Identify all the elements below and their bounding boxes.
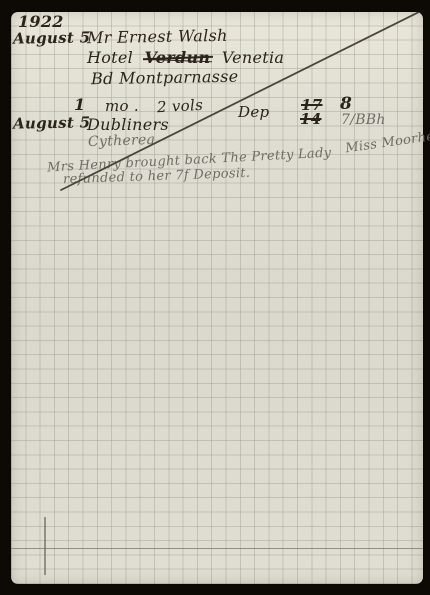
hotel-word: Hotel bbox=[87, 48, 133, 67]
borrower-name: Mr Ernest Walsh bbox=[87, 28, 228, 46]
loan-volumes: 2 vols bbox=[157, 98, 204, 115]
hotel-line: Hotel Verdun Venetia bbox=[87, 50, 284, 66]
lending-card: 1922 August 5 Mr Ernest Walsh Hotel Verd… bbox=[11, 12, 423, 584]
entry-date-2: August 5 bbox=[13, 115, 91, 131]
cancellation-stroke bbox=[11, 12, 423, 584]
loan-period: mo . bbox=[105, 99, 139, 114]
loan-quantity: 1 bbox=[74, 97, 85, 113]
year-label: 1922 bbox=[18, 14, 64, 30]
borrower-pencil-note: Miss Moorhead bbox=[345, 128, 430, 156]
book-title-1: Dubliners bbox=[87, 117, 169, 133]
hotel-name: Venetia bbox=[222, 48, 285, 67]
street-line: Bd Montparnasse bbox=[91, 69, 239, 88]
deposit-label: Dep bbox=[238, 105, 269, 120]
entry-date-1: August 5 bbox=[13, 30, 91, 46]
book-title-2-pencil: Cytherea bbox=[88, 133, 156, 149]
amount-pencil-note: 7/BBh bbox=[341, 113, 386, 127]
heavy-grid-rule bbox=[11, 548, 423, 549]
vertical-mark bbox=[44, 517, 46, 575]
hotel-struck-word: Verdun bbox=[145, 48, 211, 67]
amount-struck-bottom: 14 bbox=[300, 112, 321, 127]
amount-new: 8 bbox=[340, 96, 352, 113]
